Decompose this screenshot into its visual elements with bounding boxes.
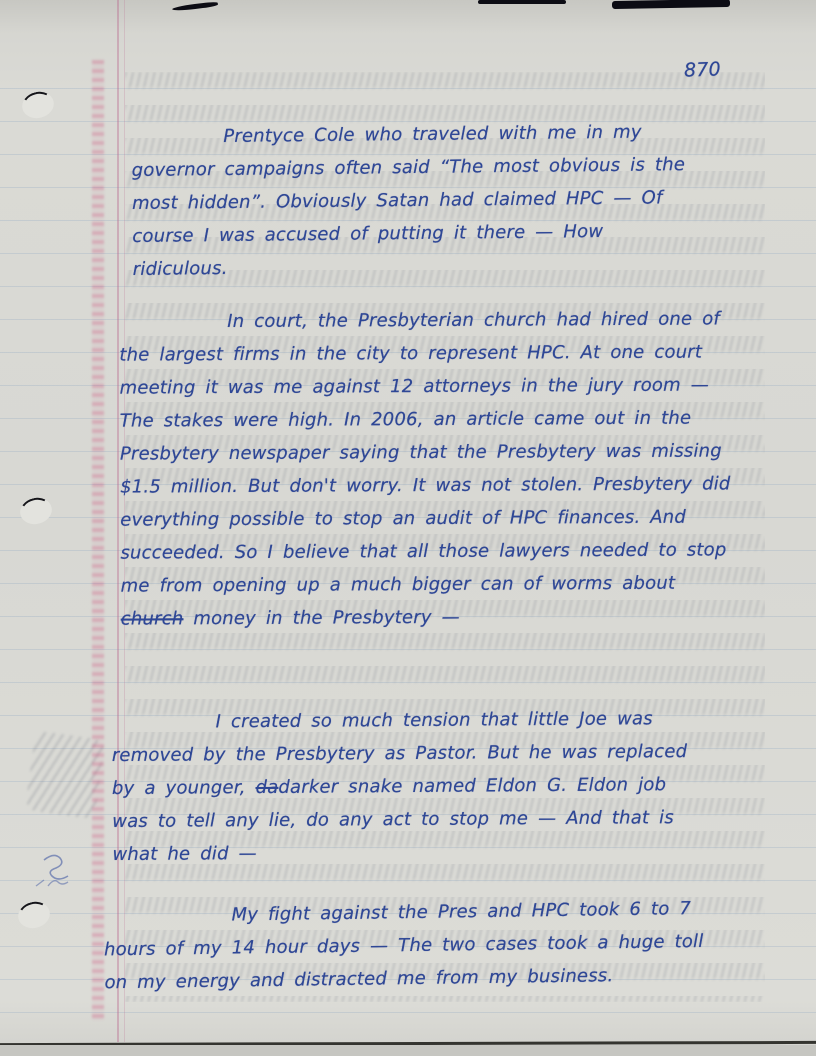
ink-scribble	[30, 846, 90, 896]
scanner-background	[0, 1045, 816, 1056]
crossed-out-word: da	[255, 777, 278, 798]
scan-artifact-mark	[612, 0, 730, 9]
scan-artifact-mark	[172, 1, 218, 12]
crossed-out-word: church	[121, 608, 184, 629]
page-number: 870	[683, 53, 721, 87]
paragraph-2-text: In court, the Presbyterian church had hi…	[119, 308, 730, 596]
hole-punch-icon	[19, 89, 56, 122]
paragraph-1: Prentyce Cole who traveled with me in my…	[131, 115, 698, 286]
scanned-notebook-page: 870 Prentyce Cole who traveled with me i…	[0, 0, 816, 1056]
paragraph-3: I created so much tension that little Jo…	[111, 702, 702, 871]
paragraph-2: In court, the Presbyterian church had hi…	[119, 302, 733, 635]
paragraph-4: My fight against the Pres and HPC took 6…	[103, 892, 722, 1000]
paragraph-2-text-end: money in the Presbytery —	[183, 607, 460, 629]
paragraph-4-text: My fight against the Pres and HPC took 6…	[104, 898, 704, 993]
hole-punch-icon	[15, 899, 52, 932]
hole-punch-icon	[17, 495, 54, 528]
margin-bleed-stripe	[92, 60, 104, 1020]
scan-artifact-mark	[478, 0, 566, 4]
margin-line	[117, 0, 119, 1042]
paragraph-1-text: Prentyce Cole who traveled with me in my…	[132, 122, 686, 280]
